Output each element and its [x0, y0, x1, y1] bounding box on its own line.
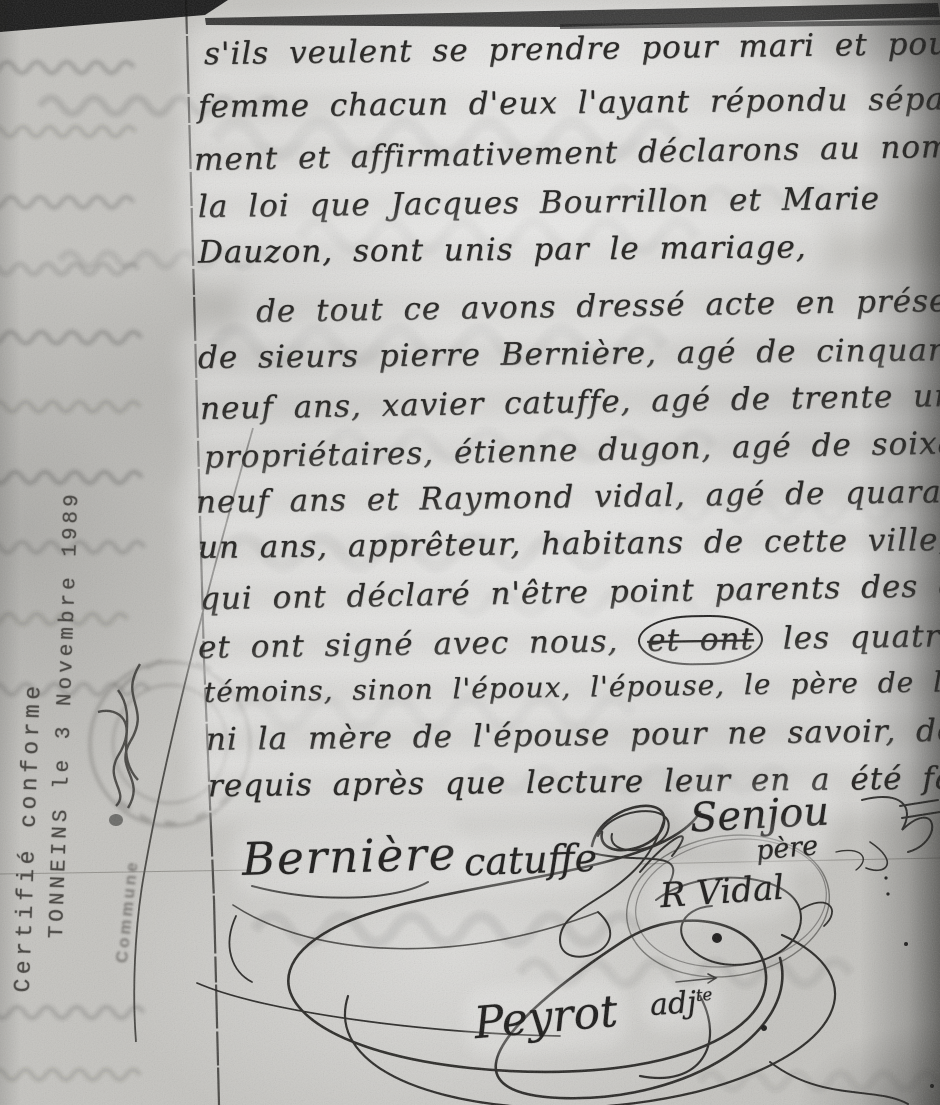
signature-berniere: Bernière — [241, 827, 458, 886]
manuscript-line-11: un ans, apprêteur, habitans de cette vil… — [190, 517, 940, 571]
certification-line-2: TONNEINS le 3 Novembre 1989 — [46, 490, 85, 939]
manuscript-line-2: femme chacun d'eux l'ayant répondu sépar… — [190, 76, 940, 130]
peyrot-qualifier-base: adj — [649, 985, 698, 1023]
manuscript-line-6: de tout ce avons dressé acte en présence — [248, 277, 940, 335]
manuscript-line-5: Dauzon, sont unis par le mariage, — [190, 224, 815, 275]
signature-senjou-qualifier: père — [755, 830, 820, 866]
peyrot-qualifier-sup: te — [695, 985, 713, 1005]
signature-peyrot: Peyrot — [472, 986, 620, 1049]
line-13-pre: et ont signé avec nous, — [198, 623, 639, 666]
certification-line-1: Certifié conforme — [10, 681, 47, 993]
manuscript-line-1: s'ils veulent se prendre pour mari et po… — [196, 21, 940, 78]
signature-vidal: R Vidal — [659, 868, 786, 917]
signature-peyrot-qualifier: adjte — [649, 984, 714, 1023]
scrawled-signature-over-stamp — [98, 664, 140, 808]
line-13-post: les quatre — [763, 618, 940, 657]
scanned-register-page: Certifié conforme TONNEINS le 3 Novembre… — [0, 0, 940, 1105]
manuscript-line-4: la loi que Jacques Bourrillon et Marie — [190, 176, 889, 231]
manuscript-line-7: de sieurs pierre Bernière, agé de cinqua… — [190, 327, 940, 381]
manuscript-line-15: ni la mère de l'épouse pour ne savoir, d… — [198, 707, 940, 763]
ink-blot — [109, 814, 123, 826]
line-13-circled-phrase: et ont — [638, 614, 764, 666]
stamp-partial-text: Commune — [112, 858, 143, 964]
manuscript-line-3: ment et affirmativement déclarons au nom… — [186, 123, 940, 184]
signature-catuffe: catuffe — [463, 836, 598, 885]
manuscript-line-16: requis après que lecture leur en a été f… — [200, 755, 940, 810]
